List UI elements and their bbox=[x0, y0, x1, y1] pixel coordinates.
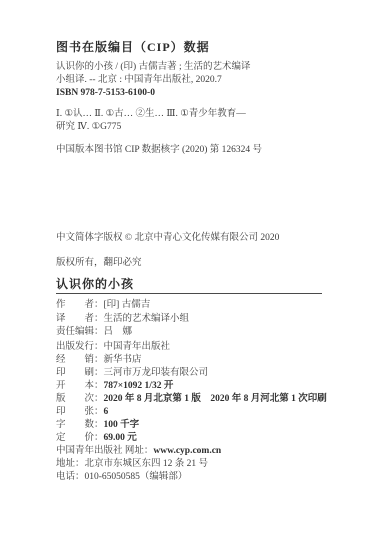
pub-value: 100 千字 bbox=[104, 420, 140, 430]
contact-label: 地址： bbox=[56, 459, 85, 469]
pub-value: 中国青年出版社 bbox=[104, 342, 171, 352]
contact-value-address: 北京市东城区东四 12 条 21 号 bbox=[85, 459, 209, 469]
pub-value: 2020 年 8 月北京第 1 版 2020 年 8 月河北第 1 次印刷 bbox=[104, 394, 327, 404]
cip-description-line: 认识你的小孩 / (印) 古儒吉著 ; 生活的艺术编译 bbox=[56, 61, 357, 74]
copyright-page: 图书在版编目（CIP）数据 认识你的小孩 / (印) 古儒吉著 ; 生活的艺术编… bbox=[0, 0, 375, 534]
pub-label: 版 次： bbox=[56, 394, 104, 404]
pub-label: 经 销： bbox=[56, 355, 104, 365]
cip-classification: Ⅰ. ①认… Ⅱ. ①古… ②生… Ⅲ. ①青少年教育— 研究 Ⅳ. ①G775 bbox=[56, 108, 357, 134]
pub-row-printer: 印 刷：三河市万龙印装有限公司 bbox=[56, 367, 357, 380]
pub-value: 新华书店 bbox=[104, 355, 142, 365]
pub-label: 印 刷： bbox=[56, 368, 104, 378]
cip-header: 图书在版编目（CIP）数据 bbox=[56, 38, 357, 55]
pub-label: 出版发行： bbox=[56, 342, 104, 352]
cip-record-number: 中国版本图书馆 CIP 数据核字 (2020) 第 126324 号 bbox=[56, 144, 357, 157]
pub-row-sheets: 印 张：6 bbox=[56, 406, 357, 419]
pub-row-wordcount: 字 数：100 千字 bbox=[56, 419, 357, 432]
isbn-line: ISBN 978-7-5153-6100-0 bbox=[56, 87, 357, 100]
pub-value: 787×1092 1/32 开 bbox=[104, 381, 174, 391]
pub-row-format: 开 本：787×1092 1/32 开 bbox=[56, 380, 357, 393]
credit-label: 作 者： bbox=[56, 300, 104, 310]
pub-row-price: 定 价：69.00 元 bbox=[56, 432, 357, 445]
pub-value: 6 bbox=[104, 407, 109, 417]
pub-label: 定 价： bbox=[56, 433, 104, 443]
pub-value: 三河市万龙印装有限公司 bbox=[104, 368, 209, 378]
credit-value: [印] 古儒吉 bbox=[104, 300, 151, 310]
credit-row-translator: 译 者：生活的艺术编译小组 bbox=[56, 313, 357, 327]
contact-row-phone: 电话：010-65050585（编辑部） bbox=[56, 471, 357, 484]
pub-label: 字 数： bbox=[56, 420, 104, 430]
pub-row-edition: 版 次：2020 年 8 月北京第 1 版 2020 年 8 月河北第 1 次印… bbox=[56, 393, 357, 406]
credit-value: 吕 娜 bbox=[104, 327, 133, 337]
contact-label: 电话： bbox=[56, 472, 85, 482]
credit-row-editor: 责任编辑：吕 娜 bbox=[56, 326, 357, 340]
pub-row-distributor: 经 销：新华书店 bbox=[56, 354, 357, 367]
license-line: 中文简体字版权 © 北京中青心文化传媒有限公司 2020 bbox=[56, 232, 357, 245]
cip-classification-line: 研究 Ⅳ. ①G775 bbox=[56, 121, 357, 134]
cip-description: 认识你的小孩 / (印) 古儒吉著 ; 生活的艺术编译 小组译. -- 北京 :… bbox=[56, 61, 357, 100]
contact-row-website: 中国青年出版社 网址：www.cyp.com.cn bbox=[56, 445, 357, 458]
rights-line: 版权所有，翻印必究 bbox=[56, 257, 357, 270]
pub-label: 开 本： bbox=[56, 381, 104, 391]
publication-block: 出版发行：中国青年出版社 经 销：新华书店 印 刷：三河市万龙印装有限公司 开 … bbox=[56, 341, 357, 484]
cip-classification-line: Ⅰ. ①认… Ⅱ. ①古… ②生… Ⅲ. ①青少年教育— bbox=[56, 108, 357, 121]
title-divider bbox=[56, 293, 322, 294]
credit-row-author: 作 者：[印] 古儒吉 bbox=[56, 299, 357, 313]
contact-row-address: 地址：北京市东城区东四 12 条 21 号 bbox=[56, 458, 357, 471]
credit-label: 责任编辑： bbox=[56, 327, 104, 337]
pub-row-publisher: 出版发行：中国青年出版社 bbox=[56, 341, 357, 354]
contact-label: 中国青年出版社 网址： bbox=[56, 446, 153, 456]
pub-value: 69.00 元 bbox=[104, 433, 137, 443]
contact-value-phone: 010-65050585（编辑部） bbox=[85, 472, 188, 482]
credits-block: 作 者：[印] 古儒吉 译 者：生活的艺术编译小组 责任编辑：吕 娜 bbox=[56, 299, 357, 340]
credit-label: 译 者： bbox=[56, 314, 104, 324]
contact-value-url: www.cyp.com.cn bbox=[153, 446, 221, 456]
cip-description-line: 小组译. -- 北京 : 中国青年出版社, 2020.7 bbox=[56, 74, 357, 87]
pub-label: 印 张： bbox=[56, 407, 104, 417]
book-title: 认识你的小孩 bbox=[56, 275, 357, 292]
credit-value: 生活的艺术编译小组 bbox=[104, 314, 190, 324]
